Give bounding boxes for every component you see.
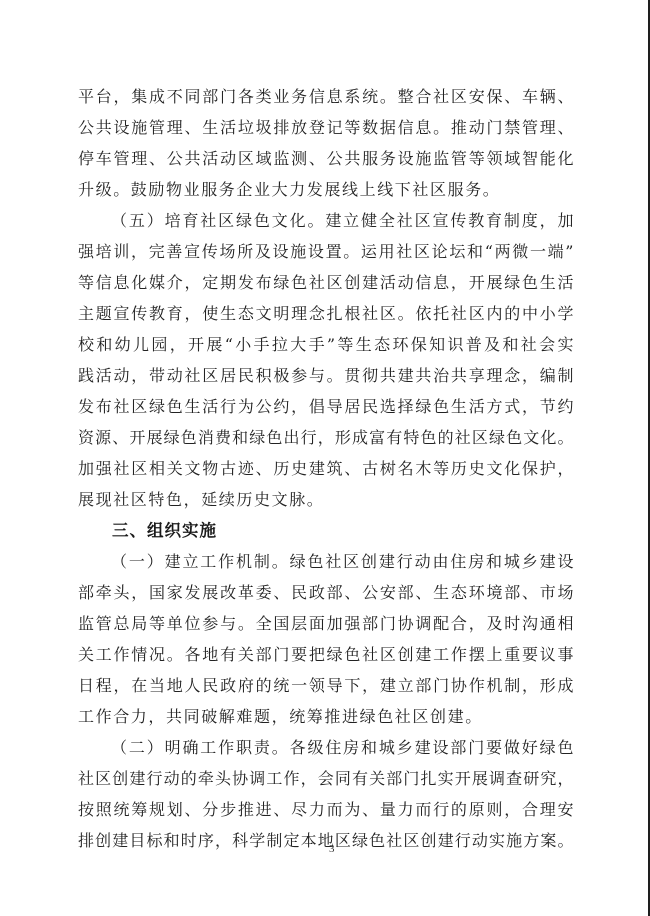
paragraph-line: 停车管理、公共活动区域监测、公共服务设施监管等领域智能化 bbox=[78, 143, 574, 174]
paragraph-line: 部牵头，国家发展改革委、民政部、公安部、生态环境部、市场 bbox=[78, 577, 574, 608]
paragraph-line: 公共设施管理、生活垃圾排放登记等数据信息。推动门禁管理、 bbox=[78, 112, 574, 143]
paragraph-line-subsection-2: （二）明确工作职责。各级住房和城乡建设部门要做好绿色 bbox=[78, 732, 574, 763]
paragraph-line: 工作合力，共同破解难题，统筹推进绿色社区创建。 bbox=[78, 701, 574, 732]
document-body: 平台，集成不同部门各类业务信息系统。整合社区安保、车辆、 公共设施管理、生活垃圾… bbox=[78, 81, 574, 856]
paragraph-line: 关工作情况。各地有关部门要把绿色社区创建工作摆上重要议事 bbox=[78, 639, 574, 670]
paragraph-line: 主题宣传教育，使生态文明理念扎根社区。依托社区内的中小学 bbox=[78, 298, 574, 329]
paragraph-line: 监管总局等单位参与。全国层面加强部门协调配合，及时沟通相 bbox=[78, 608, 574, 639]
paragraph-line: 等信息化媒介，定期发布绿色社区创建活动信息，开展绿色生活 bbox=[78, 267, 574, 298]
paragraph-line: 升级。鼓励物业服务企业大力发展线上线下社区服务。 bbox=[78, 174, 574, 205]
paragraph-line: 社区创建行动的牵头协调工作，会同有关部门扎实开展调查研究， bbox=[78, 763, 574, 794]
paragraph-line: 排创建目标和时序，科学制定本地区绿色社区创建行动实施方案。 bbox=[78, 825, 574, 856]
section-heading: 三、组织实施 bbox=[78, 515, 574, 546]
paragraph-line-subsection-5: （五）培育社区绿色文化。建立健全社区宣传教育制度，加 bbox=[78, 205, 574, 236]
paragraph-line: 按照统筹规划、分步推进、尽力而为、量力而行的原则，合理安 bbox=[78, 794, 574, 825]
paragraph-line: 发布社区绿色生活行为公约，倡导居民选择绿色生活方式，节约 bbox=[78, 391, 574, 422]
paragraph-line: 加强社区相关文物古迹、历史建筑、古树名木等历史文化保护， bbox=[78, 453, 574, 484]
paragraph-line: 践活动，带动社区居民积极参与。贯彻共建共治共享理念，编制 bbox=[78, 360, 574, 391]
paragraph-line: 平台，集成不同部门各类业务信息系统。整合社区安保、车辆、 bbox=[78, 81, 574, 112]
page-number: 3 bbox=[329, 843, 335, 855]
paragraph-line: 展现社区特色，延续历史文脉。 bbox=[78, 484, 574, 515]
paragraph-line-subsection-1: （一）建立工作机制。绿色社区创建行动由住房和城乡建设 bbox=[78, 546, 574, 577]
paragraph-line: 日程，在当地人民政府的统一领导下，建立部门协作机制，形成 bbox=[78, 670, 574, 701]
document-page: 平台，集成不同部门各类业务信息系统。整合社区安保、车辆、 公共设施管理、生活垃圾… bbox=[0, 0, 648, 916]
paragraph-line: 强培训，完善宣传场所及设施设置。运用社区论坛和“两微一端” bbox=[78, 236, 574, 267]
paragraph-line: 校和幼儿园，开展“小手拉大手”等生态环保知识普及和社会实 bbox=[78, 329, 574, 360]
paragraph-line: 资源、开展绿色消费和绿色出行，形成富有特色的社区绿色文化。 bbox=[78, 422, 574, 453]
